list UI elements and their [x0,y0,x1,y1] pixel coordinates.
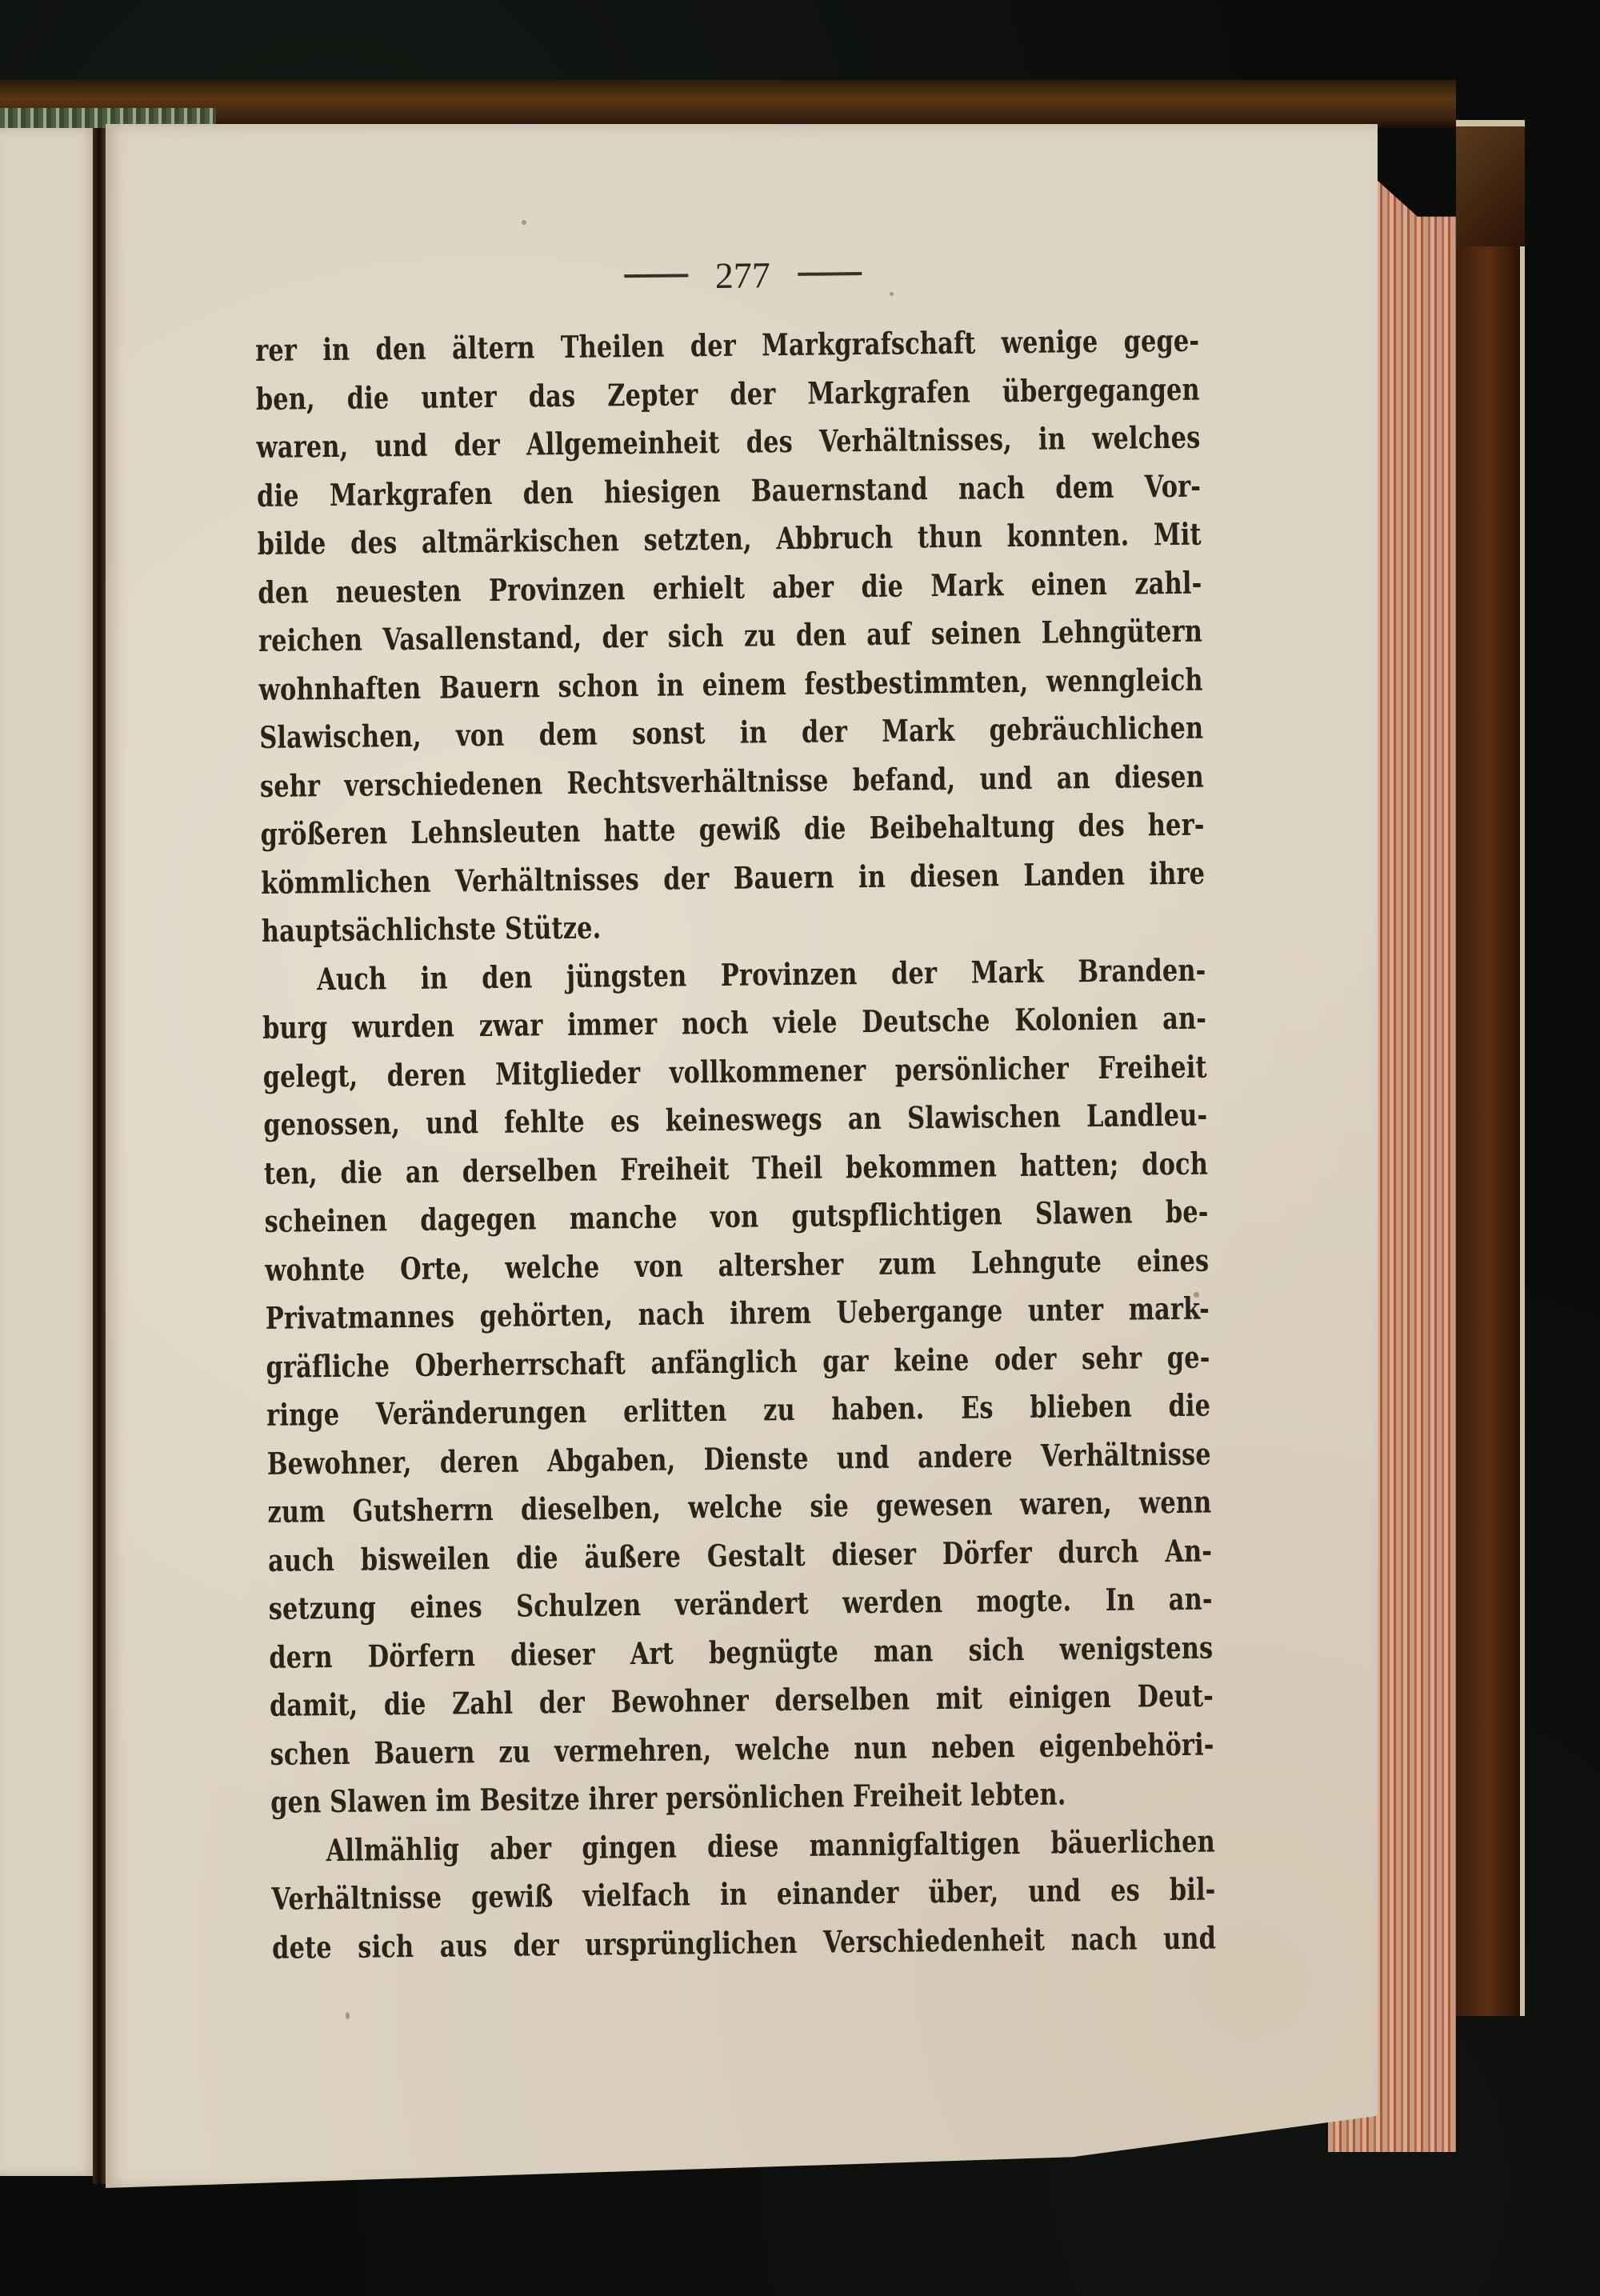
left-page-verso [0,128,96,2176]
body-lines: rer in den ältern Theilen der Markgrafsc… [255,317,1216,1972]
back-cover-corner [1456,120,1525,246]
left-rule [624,274,688,278]
page-text-block: 277 rer in den ältern Theilen der Markgr… [254,246,1216,1972]
page-number: 277 [715,254,771,297]
running-head: 277 [286,246,1199,304]
text-line: dete sich aus der ursprünglichen Verschi… [272,1914,1217,1972]
back-cover [1456,120,1525,2016]
right-rule [798,272,862,276]
book-gutter [93,128,106,2184]
book-binding-top [0,80,1456,128]
